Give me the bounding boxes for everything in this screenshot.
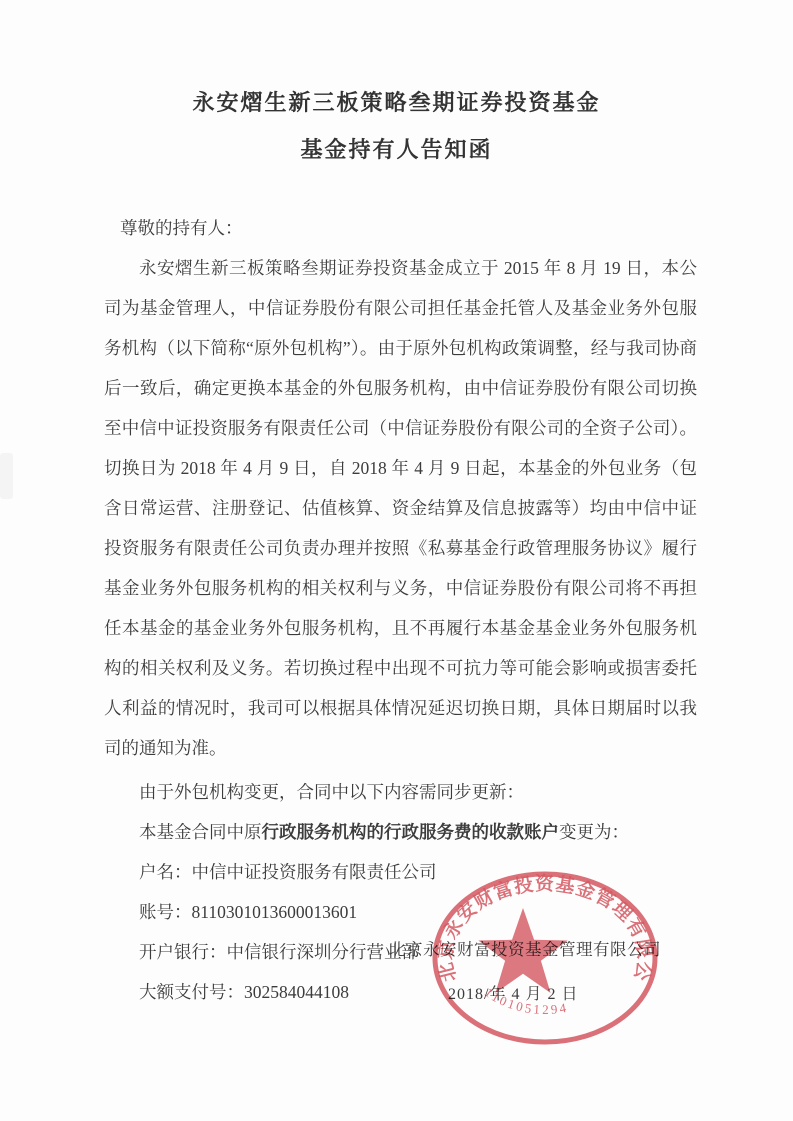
update-intro-line: 由于外包机构变更，合同中以下内容需同步更新： — [104, 772, 697, 812]
document-title-line1: 永安熠生新三板策略叁期证券投资基金 — [0, 86, 793, 117]
account-change-prefix: 本基金合同中原 — [139, 822, 262, 842]
account-change-line: 本基金合同中原行政服务机构的行政服务费的收款账户变更为： — [104, 812, 697, 852]
seal-registration-number: 1101051294 — [482, 984, 570, 1017]
greeting-line: 尊敬的持有人： — [104, 208, 697, 248]
seal-star-icon — [478, 908, 567, 993]
document-page: 永安熠生新三板策略叁期证券投资基金 基金持有人告知函 尊敬的持有人： 永安熠生新… — [0, 0, 793, 1121]
main-paragraph: 永安熠生新三板策略叁期证券投资基金成立于 2015 年 8 月 19 日，本公司… — [104, 248, 697, 768]
company-seal-stamp: 北京永安财富投资基金管理有限公司 1101051294 — [415, 850, 680, 1065]
account-change-bold: 行政服务机构的行政服务费的收款账户 — [262, 822, 560, 842]
document-title-line2: 基金持有人告知函 — [0, 133, 793, 164]
document-header: 永安熠生新三板策略叁期证券投资基金 基金持有人告知函 — [0, 0, 793, 164]
account-change-suffix: 变更为： — [559, 822, 629, 842]
scan-artifact — [0, 453, 13, 499]
